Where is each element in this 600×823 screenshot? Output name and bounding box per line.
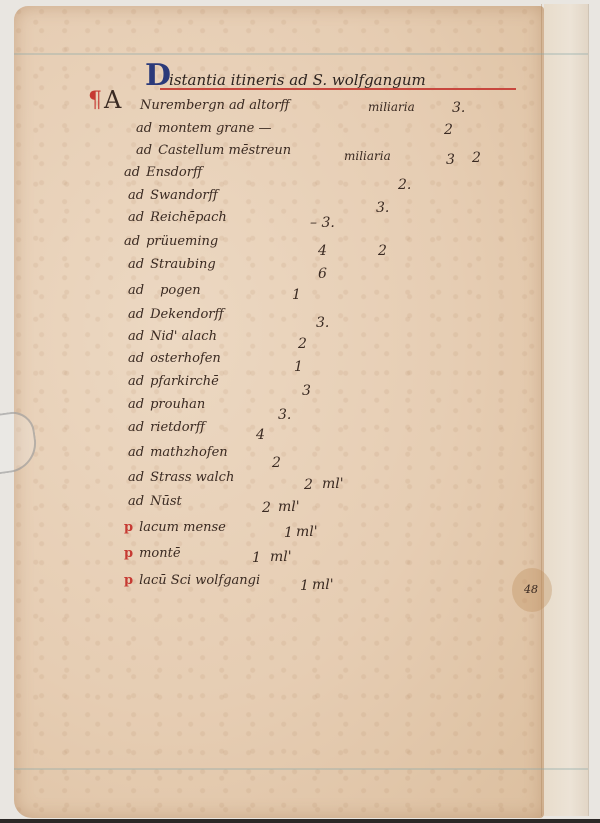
entry-row: adpogen [128,283,201,303]
place: Nurembergn ad altorff [140,98,290,113]
entry-row: adprouhan [128,397,205,417]
entry-row: placum mense [124,520,226,540]
distance: 2 [304,477,313,493]
entry-row: adpfarkirchē [128,374,219,394]
title-underline [160,88,516,90]
entry-row: adReichēpach [128,210,227,230]
distance: – 3. [310,215,335,231]
entry-row: adDekendorff [128,307,224,327]
distance: 2 [272,455,281,471]
distance: 3. [452,100,465,116]
fold-line [541,4,542,816]
distance: 4 [318,243,327,259]
unit: ml' [322,476,344,492]
entry-row: adSwandorff [128,188,218,208]
unit: miliaria [368,100,415,114]
distance: 3. [376,200,389,216]
entry-initial: A [104,86,121,114]
entry-row: admontem grane — [136,121,271,141]
distance: 1 [284,525,293,541]
distance: 3. [316,315,329,331]
title-text: istantia itineris ad S. wolfgangum [169,71,426,89]
ruling-line-top [14,53,588,55]
extra: 2 [472,150,481,166]
distance: 4 [256,427,265,443]
distance: 3 [446,152,455,168]
unit: ml' [312,577,334,593]
distance: 2. [398,177,411,193]
entry-row: adEnsdorff [124,165,202,185]
distance: 3 [302,383,311,399]
entry-row: adStraubing [128,257,216,277]
extra: 2 [444,122,453,138]
entry-row: adStrass walch [128,470,234,490]
distance: 1 [300,578,309,594]
distance: 6 [318,266,327,282]
distance: 1 [294,359,303,375]
entry-row: admathzhofen [128,445,228,465]
entry-row: adCastellum mēstreun [136,143,291,163]
entry-row: adNūst [128,494,182,514]
entry-row: Nurembergn ad altorff [140,98,290,118]
entry-row: adrietdorff [128,420,205,440]
folio-number: 48 [524,583,538,596]
bottom-shadow [0,819,600,823]
unit: miliaria [344,149,391,163]
entry-row: adNid' alach [128,329,217,349]
binding-guard-strip [544,4,589,816]
entry-row: adprüueming [124,234,218,254]
distance: 2 [262,500,271,516]
distance: 1 [252,550,261,566]
distance: 2 [298,336,307,352]
entry-row: adosterhofen [128,351,221,371]
entry-row: pmontē [124,546,181,566]
paragraph-mark: ¶ [88,88,102,113]
unit: ml' [278,499,300,515]
unit: ml' [270,549,292,565]
entry-row: placū Sci wolfgangi [124,573,260,593]
distance: 1 [292,287,301,303]
unit: ml' [296,524,318,540]
distance: 3. [278,407,291,423]
extra: 2 [378,243,387,259]
ruling-line-bottom [14,768,588,770]
